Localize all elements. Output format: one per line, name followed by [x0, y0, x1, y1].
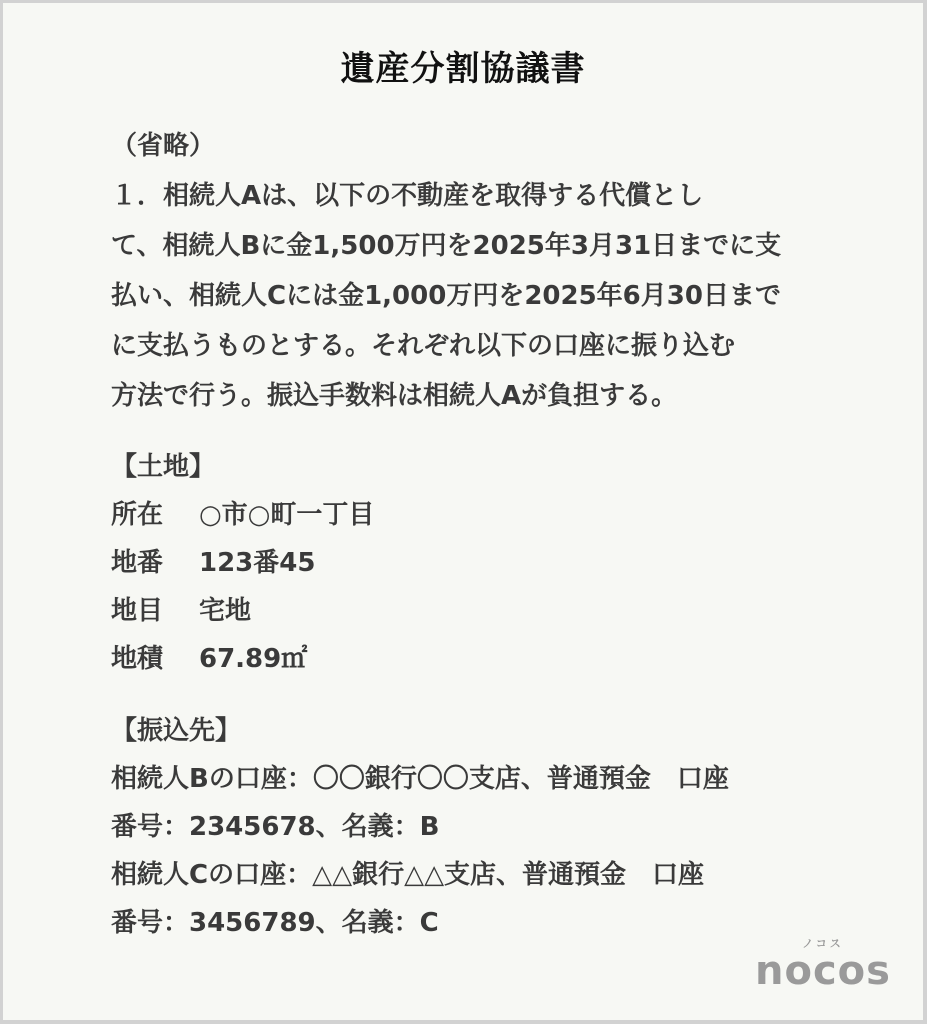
nocos-logo: ノコス nocos	[753, 935, 893, 991]
document-title: 遺産分割協議書	[3, 41, 923, 90]
clause-line: に支払うものとする。それぞれ以下の口座に振り込む	[111, 321, 831, 371]
document-body: （省略） １．相続人Aは、以下の不動産を取得する代償とし て、相続人Bに金1,5…	[111, 121, 831, 947]
transfer-line: 番号：3456789、名義：C	[111, 899, 831, 947]
clause-line: て、相続人Bに金1,500万円を2025年3月31日までに支	[111, 221, 831, 271]
land-row-lot-number: 地番123番45	[111, 539, 831, 587]
land-value: 宅地	[199, 596, 251, 626]
land-label: 地目	[111, 587, 199, 635]
land-label: 所在	[111, 491, 199, 539]
land-label: 地積	[111, 635, 199, 683]
transfer-line: 相続人Bの口座：〇〇銀行〇〇支店、普通預金 口座	[111, 755, 831, 803]
clause-line: １．相続人Aは、以下の不動産を取得する代償とし	[111, 171, 831, 221]
logo-word: nocos	[753, 951, 893, 991]
clause-line: 払い、相続人Cには金1,000万円を2025年6月30日まで	[111, 271, 831, 321]
document-page: 遺産分割協議書 （省略） １．相続人Aは、以下の不動産を取得する代償とし て、相…	[3, 3, 923, 1020]
land-row-area: 地積67.89㎡	[111, 635, 831, 683]
land-row-location: 所在○市○町一丁目	[111, 491, 831, 539]
land-value: ○市○町一丁目	[199, 500, 374, 530]
clause-line: 方法で行う。振込手数料は相続人Aが負担する。	[111, 371, 831, 421]
land-label: 地番	[111, 539, 199, 587]
transfer-line: 相続人Cの口座：△△銀行△△支店、普通預金 口座	[111, 851, 831, 899]
land-row-category: 地目宅地	[111, 587, 831, 635]
transfer-line: 番号：2345678、名義：B	[111, 803, 831, 851]
land-heading: 【土地】	[111, 443, 831, 491]
omitted-note: （省略）	[111, 121, 831, 171]
transfer-heading: 【振込先】	[111, 707, 831, 755]
land-value: 123番45	[199, 548, 315, 578]
land-value: 67.89㎡	[199, 644, 307, 674]
